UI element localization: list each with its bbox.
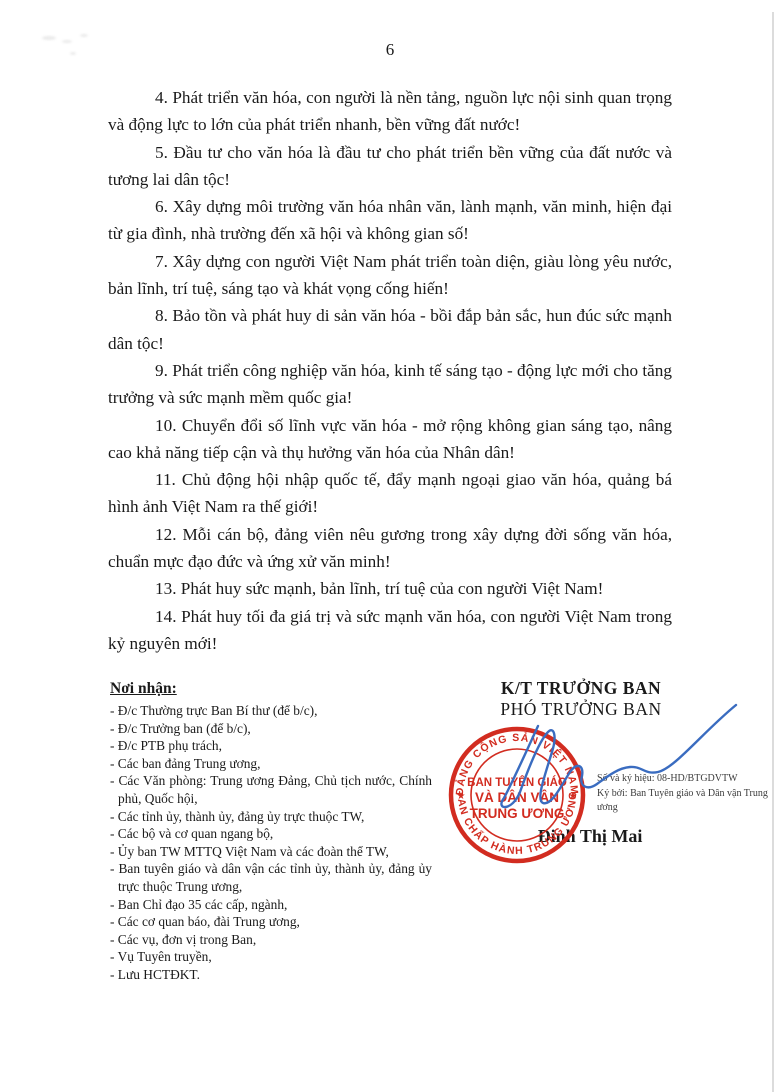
paragraph-7: 7. Xây dựng con người Việt Nam phát triể… — [108, 248, 672, 303]
stamp-center-line1: BAN TUYÊN GIÁO — [467, 776, 567, 789]
document-page: 6 4. Phát triển văn hóa, con người là nề… — [0, 0, 780, 1092]
digital-meta-line2: Ký bởi: Ban Tuyên giáo và Dân vận Trung … — [597, 787, 780, 816]
paragraph-14: 14. Phát huy tối đa giá trị và sức mạnh … — [108, 603, 672, 658]
recipient-item: - Các bộ và cơ quan ngang bộ, — [110, 825, 432, 843]
paragraph-6: 6. Xây dựng môi trường văn hóa nhân văn,… — [108, 193, 672, 248]
recipient-item: - Ban tuyên giáo và dân vận các tỉnh ủy,… — [110, 860, 432, 895]
recipients-section: Nơi nhận: - Đ/c Thường trực Ban Bí thư (… — [110, 680, 432, 984]
scan-edge-line — [772, 12, 774, 1092]
recipients-heading: Nơi nhận: — [110, 680, 432, 698]
paragraph-11: 11. Chủ động hội nhập quốc tế, đẩy mạnh … — [108, 466, 672, 521]
paragraph-10: 10. Chuyển đổi số lĩnh vực văn hóa - mở … — [108, 412, 672, 467]
scan-smudge — [70, 52, 76, 55]
official-stamp: ĐẢNG CỘNG SẢN VIỆT NAM BAN CHẤP HÀNH TRU… — [442, 720, 592, 870]
recipient-item: - Đ/c Thường trực Ban Bí thư (để b/c), — [110, 702, 432, 720]
digital-meta-line1: Số và ký hiệu: 08-HD/BTGDVTW — [597, 772, 780, 787]
recipient-item: - Các tỉnh ủy, thành ủy, đảng ủy trực th… — [110, 808, 432, 826]
recipient-item: - Ủy ban TW MTTQ Việt Nam và các đoàn th… — [110, 843, 432, 861]
document-body: 4. Phát triển văn hóa, con người là nền … — [108, 84, 672, 657]
recipient-item: - Các ban đảng Trung ương, — [110, 755, 432, 773]
scan-smudge — [62, 40, 72, 43]
paragraph-9: 9. Phát triển công nghiệp văn hóa, kinh … — [108, 357, 672, 412]
stamp-star-right-icon: ★ — [569, 791, 578, 802]
signature-block: K/T TRƯỞNG BAN PHÓ TRƯỞNG BAN — [440, 678, 722, 720]
recipient-item: - Các vụ, đơn vị trong Ban, — [110, 931, 432, 949]
recipient-item: - Các Văn phòng: Trung ương Đảng, Chủ tị… — [110, 772, 432, 807]
recipient-item: - Đ/c Trưởng ban (để b/c), — [110, 720, 432, 738]
page-number: 6 — [108, 40, 672, 60]
paragraph-4: 4. Phát triển văn hóa, con người là nền … — [108, 84, 672, 139]
stamp-center-line2: VÀ DÂN VẬN — [475, 790, 559, 805]
paragraph-12: 12. Mỗi cán bộ, đảng viên nêu gương tron… — [108, 521, 672, 576]
recipients-list: - Đ/c Thường trực Ban Bí thư (để b/c), -… — [110, 702, 432, 984]
signer-title-line2: PHÓ TRƯỞNG BAN — [440, 699, 722, 720]
scan-smudge — [42, 36, 56, 40]
recipient-item: - Lưu HCTĐKT. — [110, 966, 432, 984]
digital-signature-meta: Số và ký hiệu: 08-HD/BTGDVTW Ký bởi: Ban… — [597, 772, 780, 816]
recipient-item: - Đ/c PTB phụ trách, — [110, 737, 432, 755]
paragraph-13: 13. Phát huy sức mạnh, bản lĩnh, trí tuệ… — [108, 575, 672, 602]
signer-title-line1: K/T TRƯỞNG BAN — [440, 678, 722, 699]
paragraph-8: 8. Bảo tồn và phát huy di sản văn hóa - … — [108, 302, 672, 357]
recipient-item: - Các cơ quan báo, đài Trung ương, — [110, 913, 432, 931]
scan-smudge — [80, 34, 88, 37]
recipient-item: - Vụ Tuyên truyền, — [110, 948, 432, 966]
stamp-center-line3: TRUNG ƯƠNG — [470, 806, 565, 821]
paragraph-5: 5. Đầu tư cho văn hóa là đầu tư cho phát… — [108, 139, 672, 194]
recipient-item: - Ban Chỉ đạo 35 các cấp, ngành, — [110, 896, 432, 914]
stamp-star-left-icon: ★ — [457, 791, 466, 802]
